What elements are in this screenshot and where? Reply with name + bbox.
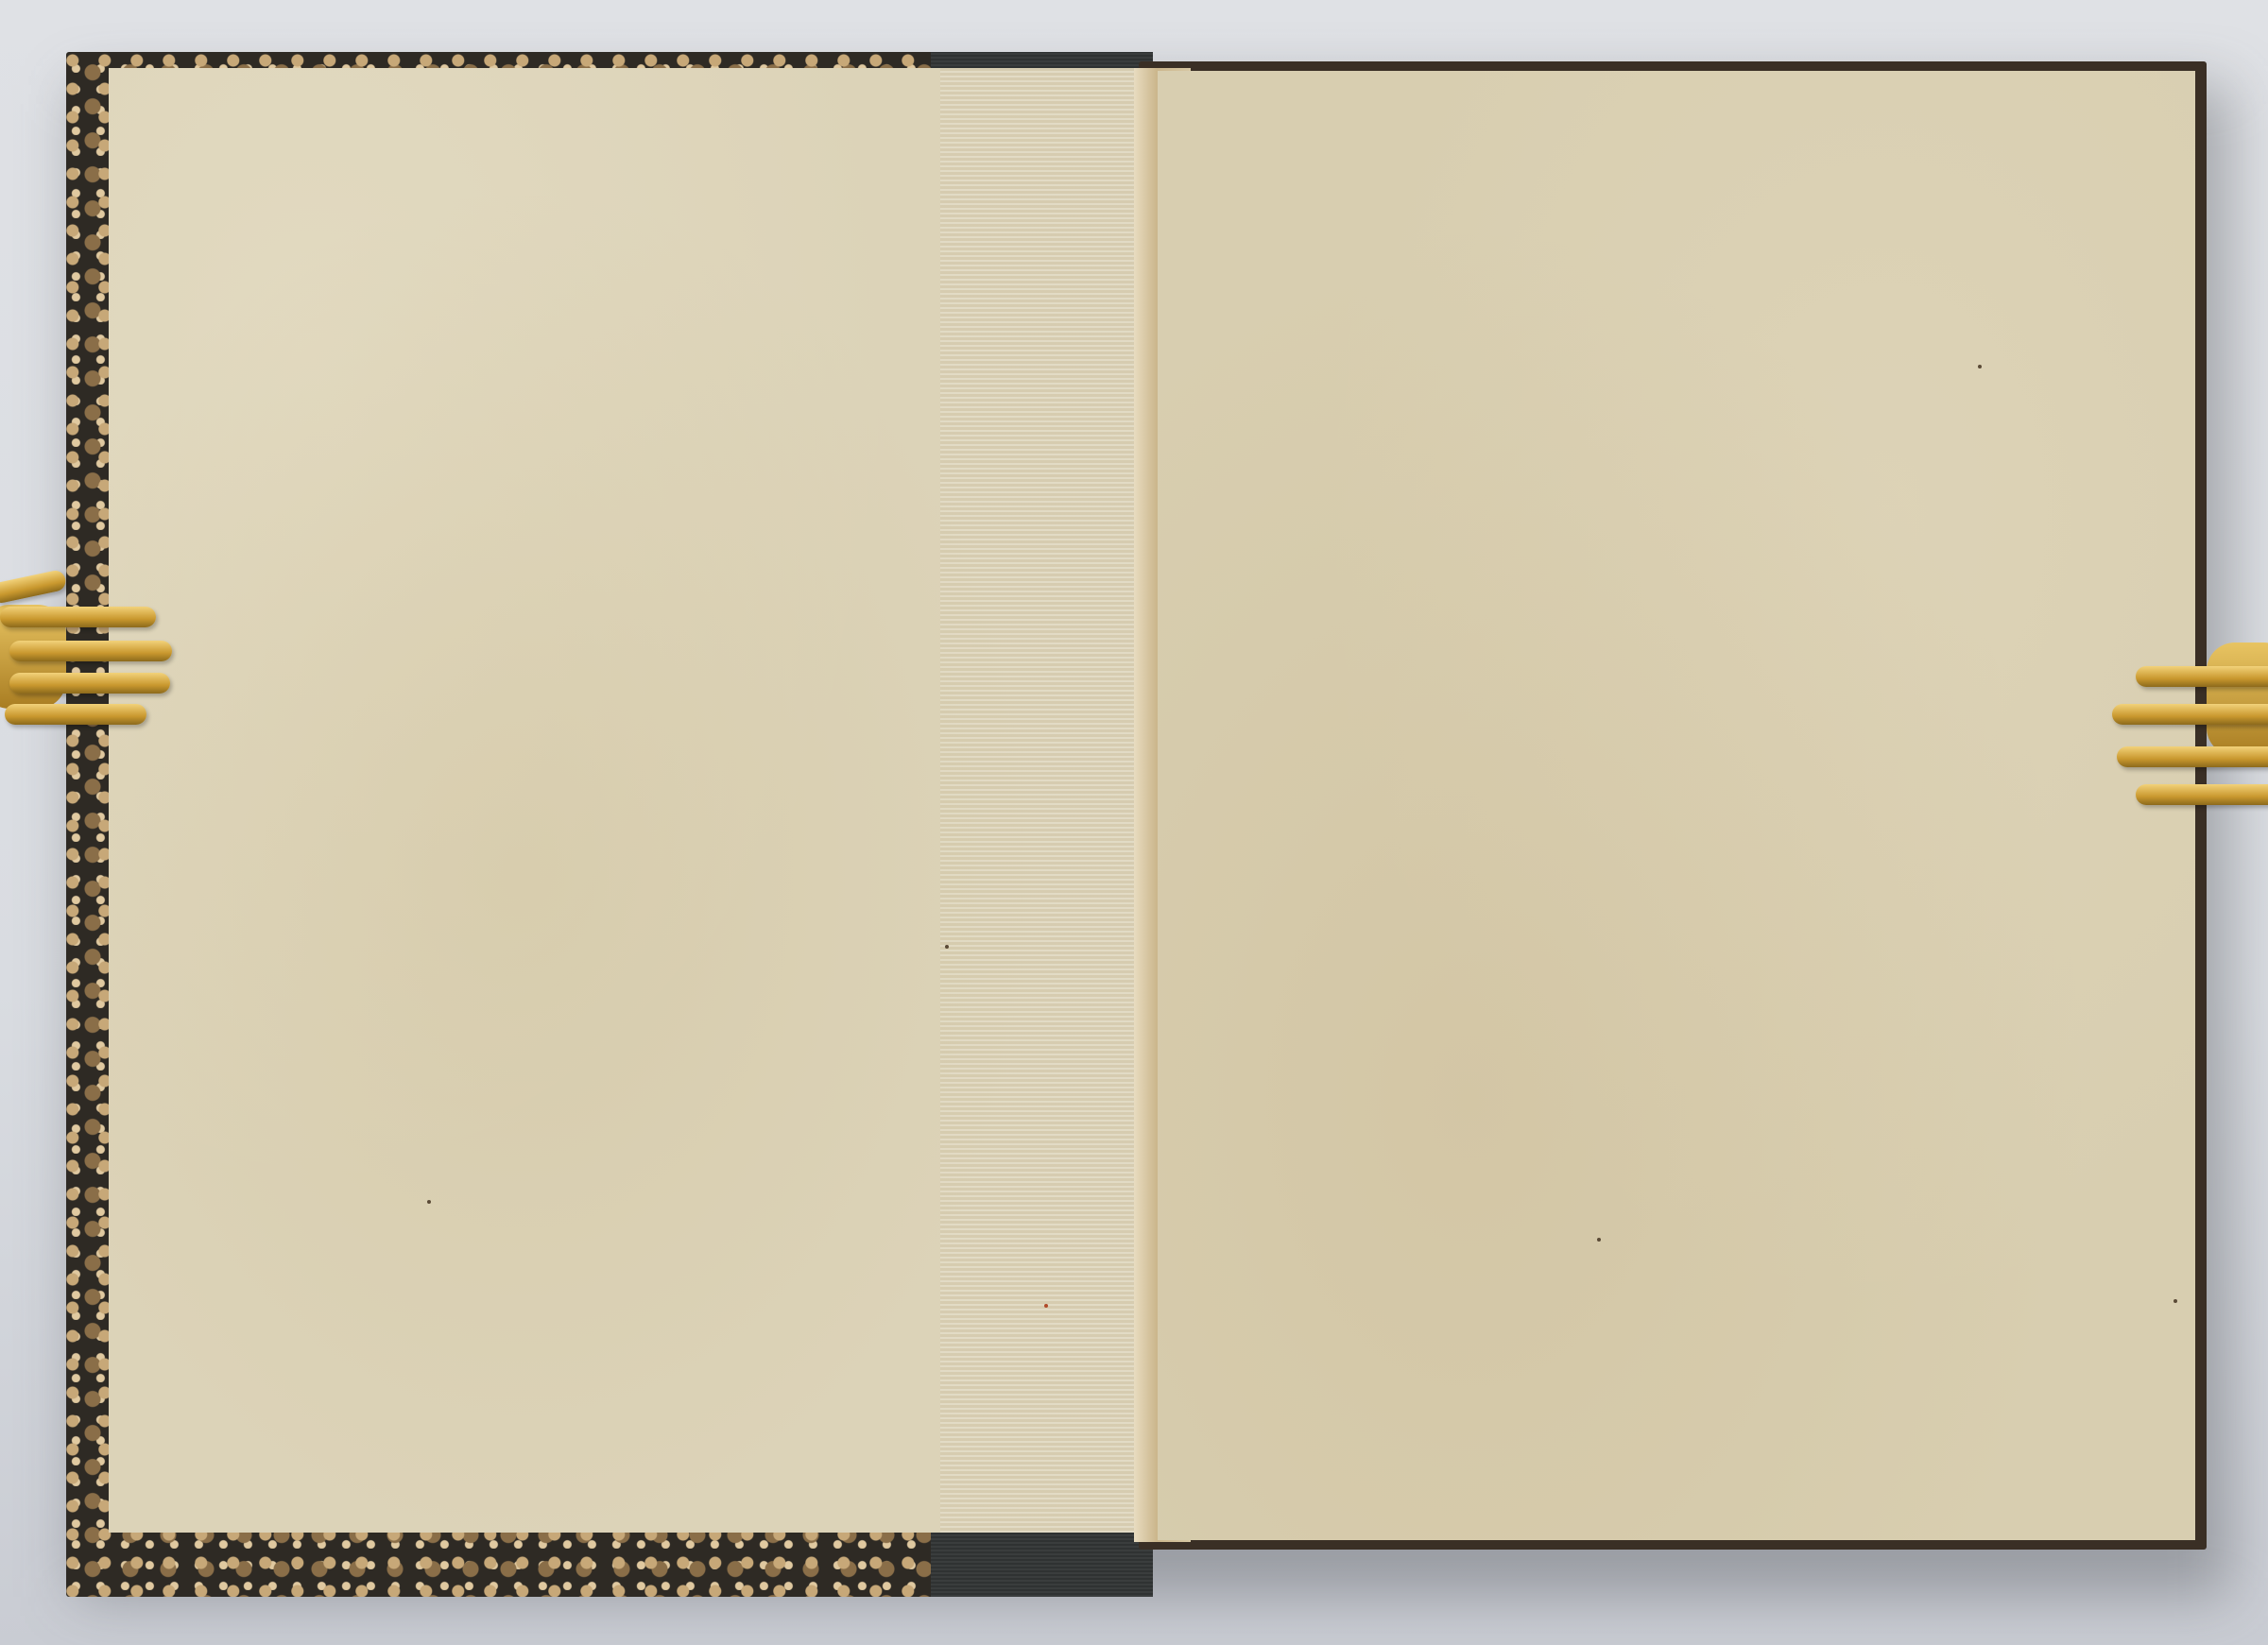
- clip-finger: [2112, 704, 2268, 725]
- clip-finger: [9, 641, 172, 661]
- gold-hand-clip-right: [2112, 614, 2268, 775]
- clip-finger: [2136, 784, 2268, 805]
- paper-fleck: [1044, 1304, 1048, 1308]
- paper-fleck: [427, 1200, 431, 1204]
- paper-fleck: [1597, 1238, 1601, 1242]
- clip-finger: [9, 673, 170, 694]
- clip-palm: [2207, 643, 2268, 756]
- clip-finger: [5, 704, 146, 725]
- paper-fleck: [2173, 1299, 2177, 1303]
- clip-thumb: [0, 569, 67, 605]
- paper-fleck: [945, 945, 949, 949]
- gold-hand-clip-left: [0, 567, 180, 728]
- right-flyleaf: [1158, 71, 2195, 1540]
- paper-fleck: [1978, 365, 1982, 368]
- clip-finger: [2117, 746, 2268, 767]
- clip-finger: [2136, 666, 2268, 687]
- pastedown-hinge: [940, 68, 1139, 1533]
- clip-finger: [0, 607, 156, 627]
